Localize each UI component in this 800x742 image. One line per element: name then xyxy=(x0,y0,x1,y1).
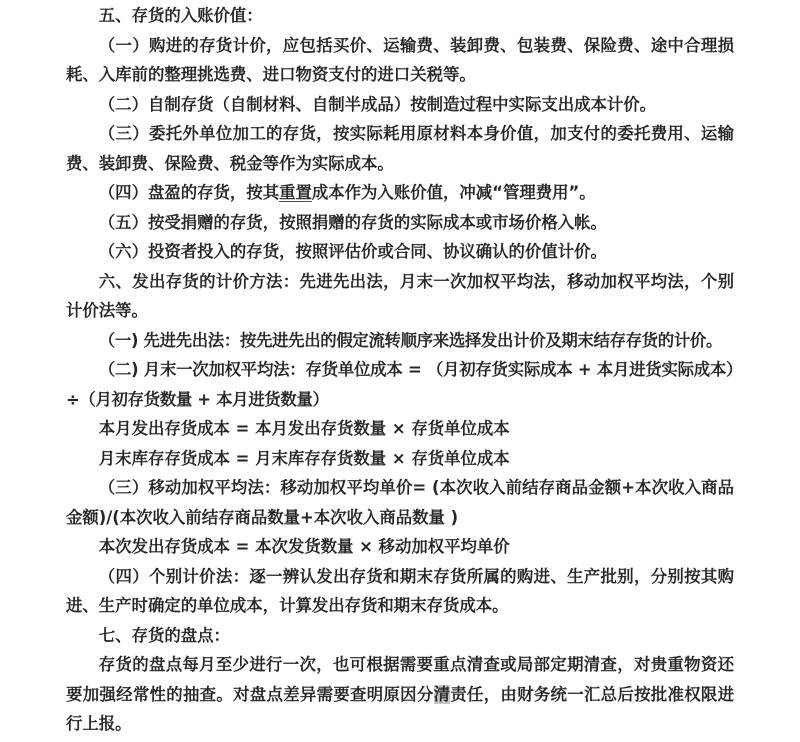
item-1-fifo-method: （一) 先进先出法：按先进先出的假定流转顺序来选择发出计价及期末结存存货的计价。 xyxy=(66,326,734,356)
formula-month-end-stock-cost: 月末库存存货成本 = 月末库存存货数量 × 存货单位成本 xyxy=(66,444,734,474)
section-7-heading: 七、存货的盘点： xyxy=(66,621,734,651)
highlighted-char: 清 xyxy=(434,685,451,704)
item-4-surplus-inventory: （四）盘盈的存货，按其重置成本作为入账价值，冲减“管理费用”。 xyxy=(66,178,734,208)
underlined-term: 重置 xyxy=(279,183,312,202)
item-5-donated-inventory: （五）按受捐赠的存货，按照捐赠的存货的实际成本或市场价格入帐。 xyxy=(66,208,734,238)
section-6-heading: 六、发出存货的计价方法：先进先出法，月末一次加权平均法，移动加权平均法，个别计价… xyxy=(66,267,734,326)
paragraph-text: 成本作为入账价值，冲减“管理费用”。 xyxy=(312,183,596,202)
item-2-self-made-inventory: （二）自制存货（自制材料、自制半成品）按制造过程中实际支出成本计价。 xyxy=(66,90,734,120)
item-3-outsourced-processing: （三）委托外单位加工的存货，按实际耗用原材料本身价值，加支付的委托费用、运输费、… xyxy=(66,119,734,178)
para-inventory-stocktaking: 存货的盘点每月至少进行一次，也可根据需要重点清查或局部定期清查，对贵重物资还要加… xyxy=(66,650,734,739)
item-4-specific-identification-method: （四）个别计价法：逐一辨认发出存货和期末存货所属的购进、生产批别，分别按其购进、… xyxy=(66,562,734,621)
document-page: 五、存货的入账价值： （一）购进的存货计价，应包括买价、运输费、装卸费、包装费、… xyxy=(0,0,800,742)
item-3-moving-average-method: （三）移动加权平均法：移动加权平均单价= (本次收入前结存商品金额+本次收入商品… xyxy=(66,473,734,532)
item-1-purchased-inventory: （一）购进的存货计价，应包括买价、运输费、装卸费、包装费、保险费、途中合理损耗、… xyxy=(66,31,734,90)
formula-monthly-issued-cost: 本月发出存货成本 = 本月发出存货数量 × 存货单位成本 xyxy=(66,414,734,444)
paragraph-text: （四）盘盈的存货，按其 xyxy=(99,183,279,202)
formula-current-issued-cost: 本次发出存货成本 = 本次发货数量 × 移动加权平均单价 xyxy=(66,532,734,562)
section-5-heading: 五、存货的入账价值： xyxy=(66,1,734,31)
item-6-investor-inventory: （六）投资者投入的存货，按照评估价或合同、协议确认的价值计价。 xyxy=(66,237,734,267)
item-2-weighted-average-method: （二) 月末一次加权平均法：存货单位成本 = （月初存货实际成本 + 本月进货实… xyxy=(66,355,734,414)
